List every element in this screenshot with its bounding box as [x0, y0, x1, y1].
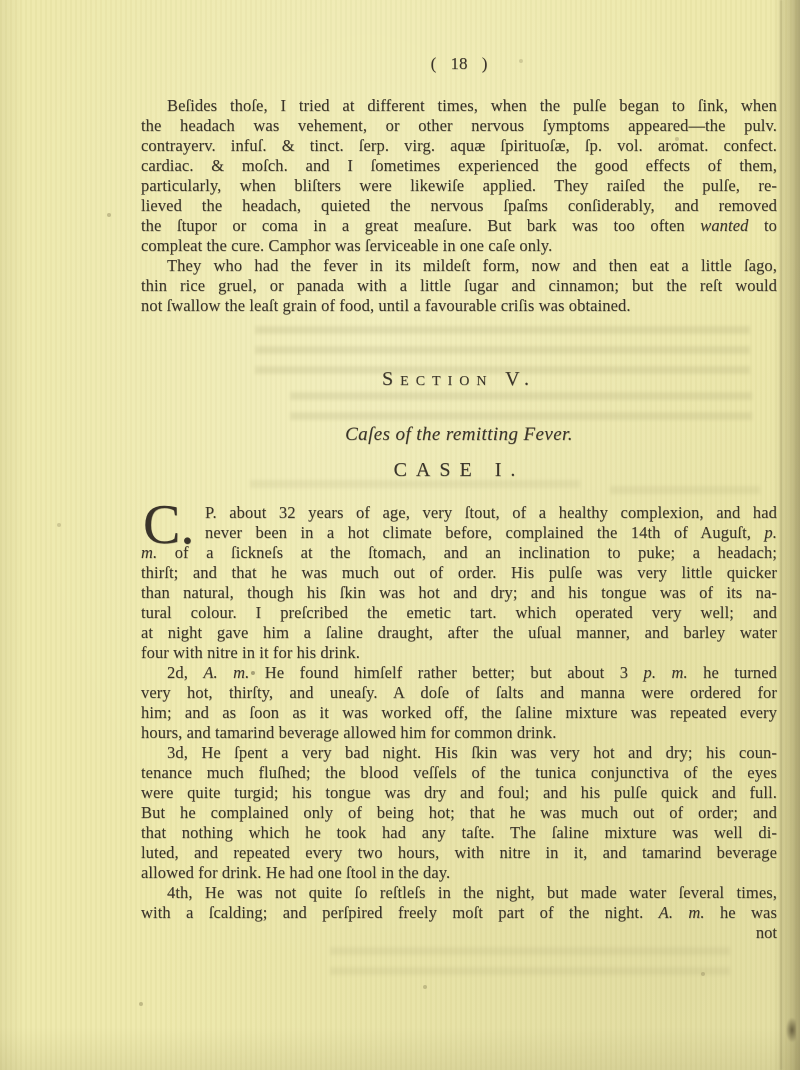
text-line: were quite turgid; his tongue was dry an… — [141, 783, 777, 803]
page-edge-shading — [783, 0, 800, 1070]
text-line: very hot, thirſty, and uneaſy. A doſe of… — [141, 683, 777, 703]
text-line: compleat the cure. Camphor was ſerviceab… — [141, 236, 777, 256]
drop-cap-initial: C. — [143, 504, 194, 546]
showthrough-text-smudge — [290, 392, 752, 420]
text-line: not ſwallow the leaſt grain of food, unt… — [141, 296, 777, 316]
showthrough-text-smudge — [255, 326, 750, 384]
paragraph-they-who-had: They who had the fever in its mildeſt fo… — [141, 256, 777, 316]
text-line: contrayerv. infuſ. & tinct. ſerp. virg. … — [141, 136, 777, 156]
text-line: allowed for drink. He had one ſtool in t… — [141, 863, 777, 883]
text-line: P. about 32 years of age, very ſtout, of… — [141, 503, 777, 523]
paper-specks — [0, 0, 2, 2]
text-line: They who had the fever in its mildeſt fo… — [141, 256, 777, 276]
case-one-heading: CASE I. — [141, 459, 777, 482]
text-line: with a ſcalding; and perſpired freely mo… — [141, 903, 777, 923]
text-line: 4th, He was not quite ſo reſtleſs in the… — [141, 883, 777, 903]
text-line: thin rice gruel, or panada with a little… — [141, 276, 777, 296]
page-number: ( 18 ) — [141, 54, 777, 74]
text-line: 2d, A. m. He found himſelf rather better… — [141, 663, 777, 683]
paragraph-second-day: 2d, A. m. He found himſelf rather better… — [141, 663, 777, 743]
showthrough-text-smudge — [610, 486, 760, 502]
paragraph-third-day: 3d, He ſpent a very bad night. His ſkin … — [141, 743, 777, 883]
text-line: cardiac. & moſch. and I ſometimes experi… — [141, 156, 777, 176]
book-page: ( 18 ) Beſides thoſe, I tried at differe… — [0, 0, 800, 1070]
paragraph-besides-those: Beſides thoſe, I tried at different time… — [141, 96, 777, 256]
text-line: tural colour. I preſcribed the emetic ta… — [141, 603, 777, 623]
text-line: thirſt; and that he was much out of orde… — [141, 563, 777, 583]
text-line: m. of a ſickneſs at the ſtomach, and an … — [141, 543, 777, 563]
text-line: the headach was vehement, or other nervo… — [141, 116, 777, 136]
cases-of-remitting-fever-heading: Caſes of the remitting Fever. — [141, 424, 777, 446]
text-line: lieved the headach, quieted the nervous … — [141, 196, 777, 216]
text-line: luted, and repeated every two hours, wit… — [141, 843, 777, 863]
catchword: not — [141, 923, 777, 943]
text-line: tenance much fluſhed; the blood veſſels … — [141, 763, 777, 783]
paragraph-case-one: C.P. about 32 years of age, very ſtout, … — [141, 503, 777, 663]
edge-ink-blot — [786, 1018, 796, 1042]
text-line: 3d, He ſpent a very bad night. His ſkin … — [141, 743, 777, 763]
text-line: that nothing which he took had any taſte… — [141, 823, 777, 843]
text-line: than natural, though his ſkin was hot an… — [141, 583, 777, 603]
text-line: never been in a hot climate before, comp… — [141, 523, 777, 543]
text-line: Beſides thoſe, I tried at different time… — [141, 96, 777, 116]
text-line: at night gave him a ſaline draught, afte… — [141, 623, 777, 643]
text-line: But he complained only of being hot; tha… — [141, 803, 777, 823]
showthrough-text-smudge — [250, 480, 580, 496]
text-line: hours, and tamarind beverage allowed him… — [141, 723, 777, 743]
text-line: particularly, when bliſters were likewiſ… — [141, 176, 777, 196]
text-line: the ſtupor or coma in a great meaſure. B… — [141, 216, 777, 236]
text-line: four with nitre in it for his drink. — [141, 643, 777, 663]
paragraph-fourth-day: 4th, He was not quite ſo reſtleſs in the… — [141, 883, 777, 923]
text-line: him; and as ſoon as it was worked off, t… — [141, 703, 777, 723]
showthrough-text-smudge — [330, 947, 730, 981]
